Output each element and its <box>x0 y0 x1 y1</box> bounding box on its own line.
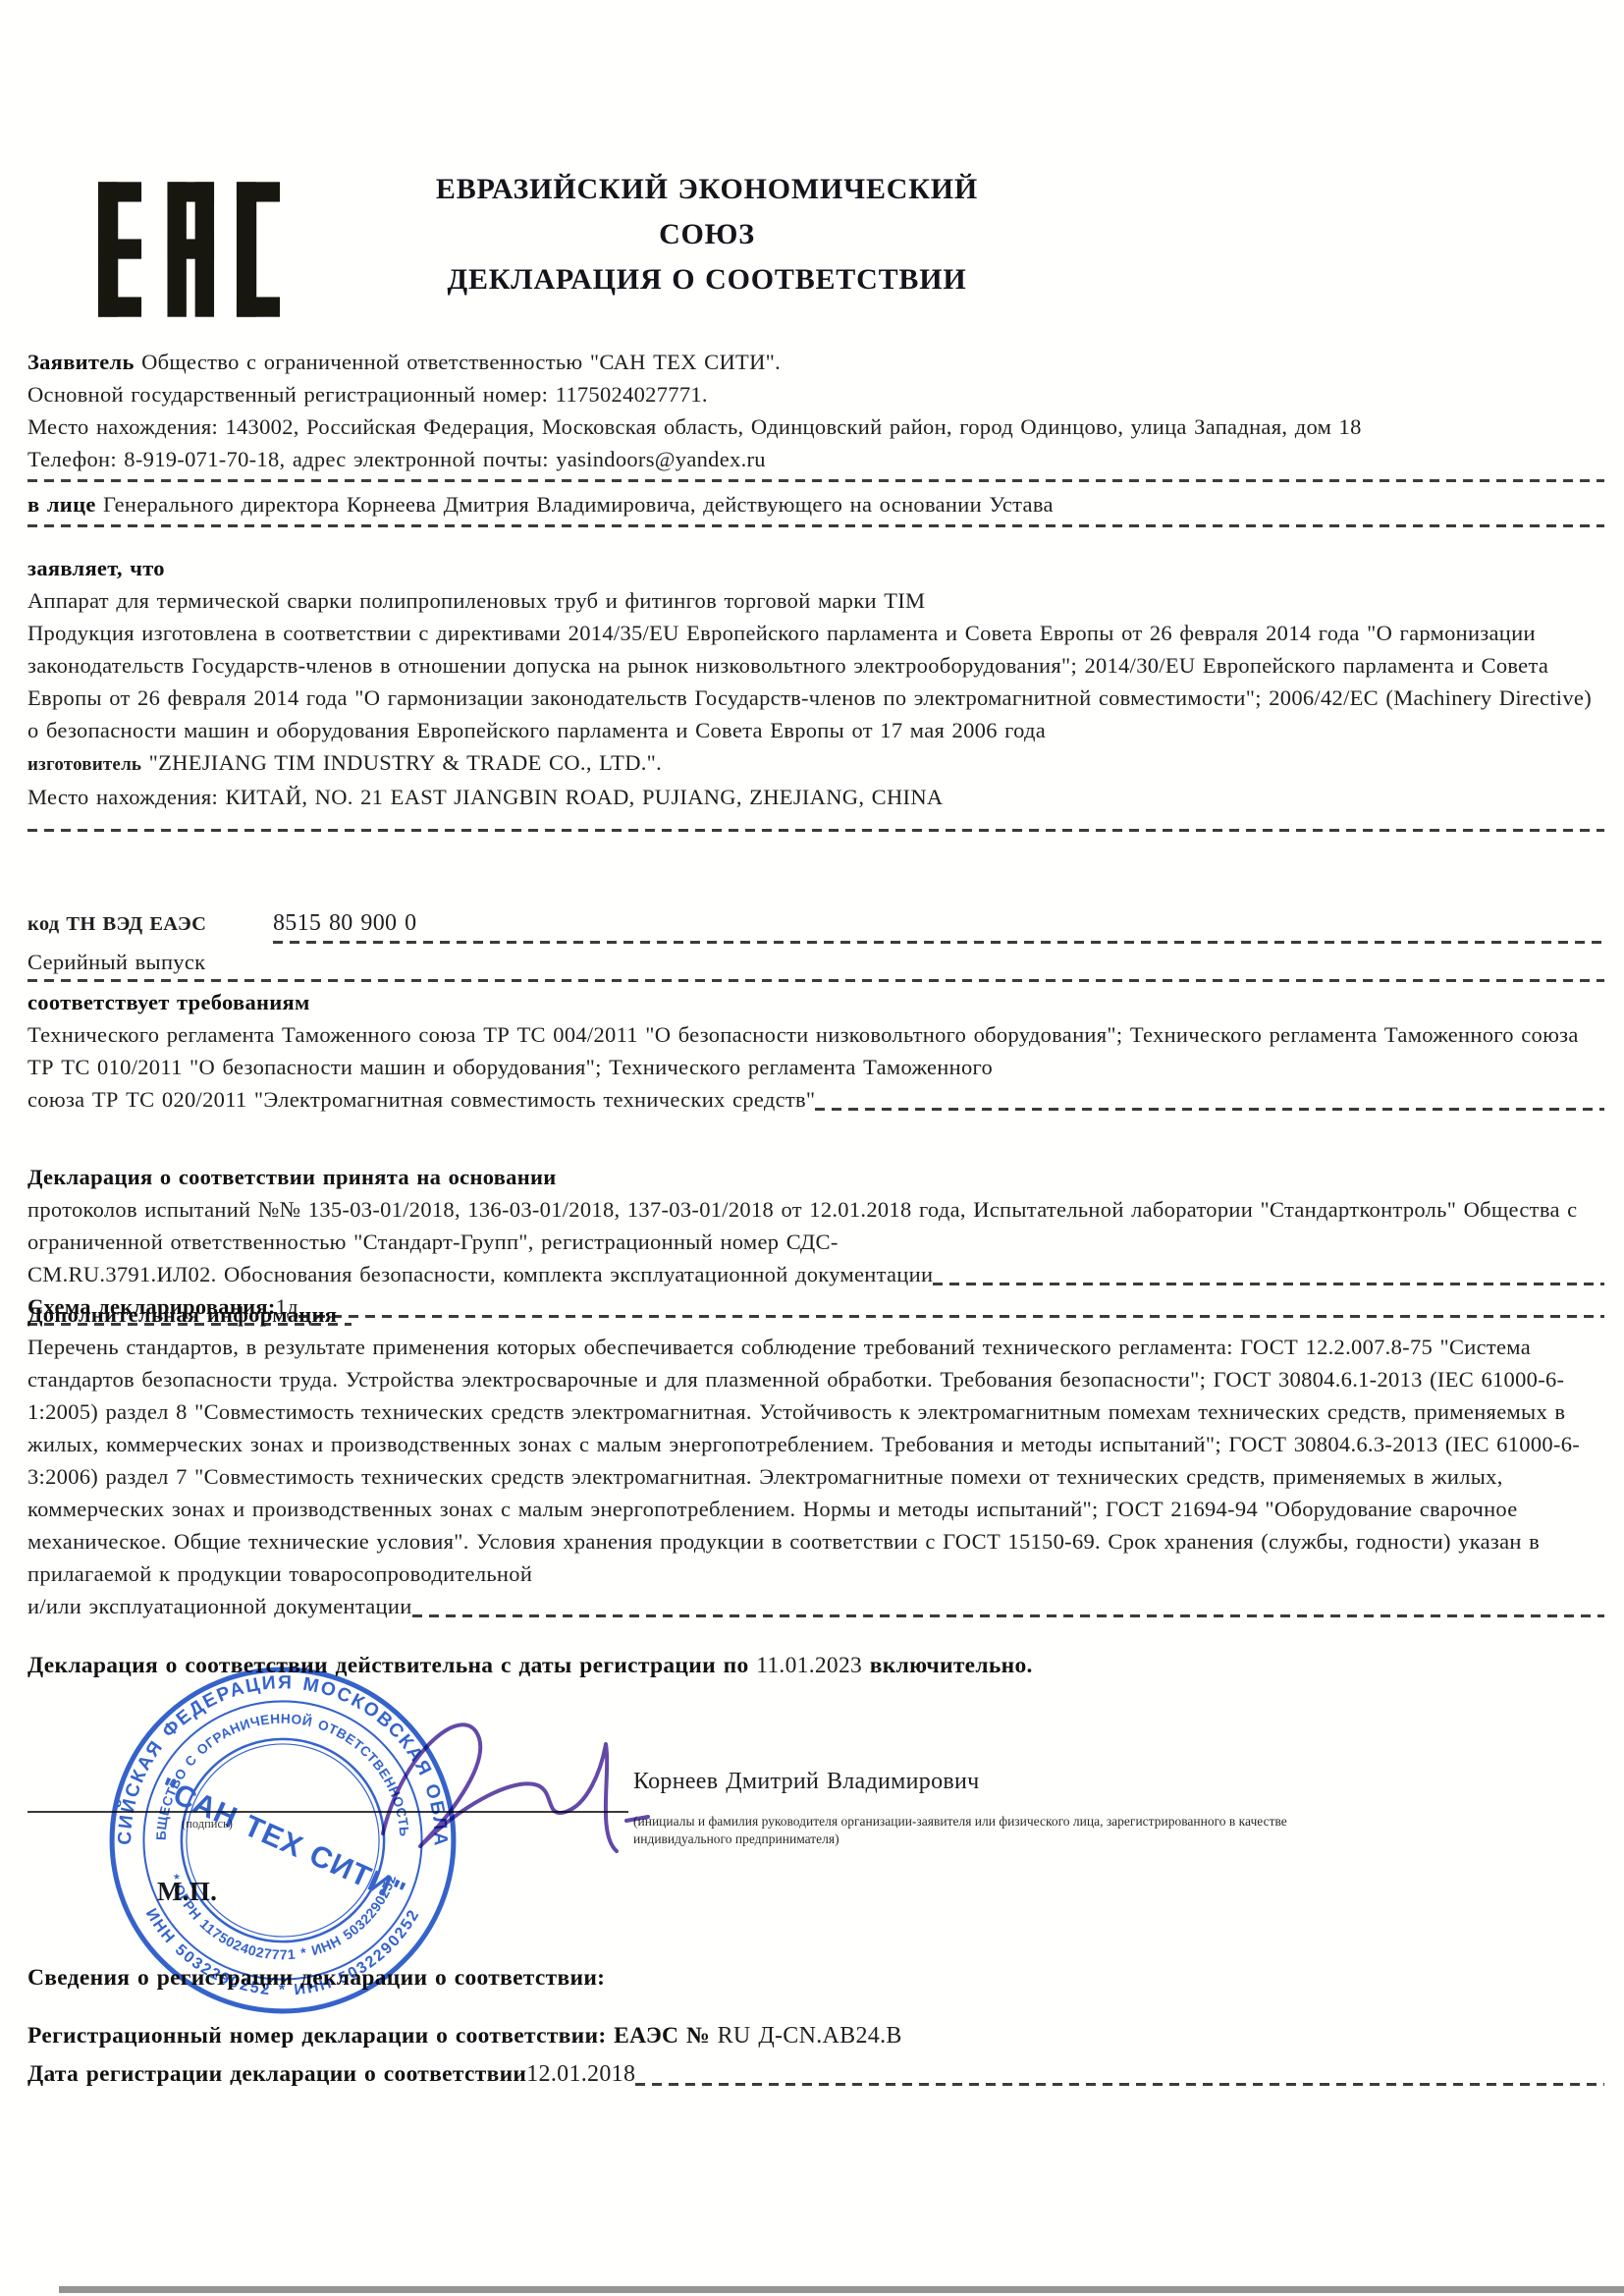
declares-heading: заявляет, что <box>27 552 1604 584</box>
additional-info-section: Дополнительная информация Перечень станд… <box>27 1298 1604 1682</box>
applicant-label: Заявитель <box>27 350 135 374</box>
basis-last-line: CM.RU.3791.ИЛ02. Обоснования безопасност… <box>27 1258 1604 1290</box>
divider-dashed <box>933 1283 1604 1285</box>
representative-name: Генерального директора Корнеева Дмитрия … <box>96 492 1054 517</box>
conformity-last-line: союза ТР ТС 020/2011 "Электромагнитная с… <box>27 1083 1604 1116</box>
registration-number-label: Регистрационный номер декларации о соотв… <box>27 2023 718 2049</box>
page-title: ЕВРАЗИЙСКИЙ ЭКОНОМИЧЕСКИЙ СОЮЗ ДЕКЛАРАЦИ… <box>245 167 1168 302</box>
tnved-label: код ТН ВЭД ЕАЭС <box>27 908 273 941</box>
registration-number-value: RU Д-CN.АВ24.В <box>718 2023 902 2049</box>
applicant-name: Общество с ограниченной ответственностью… <box>135 350 781 374</box>
divider-dashed <box>27 829 1604 832</box>
signer-note: (инициалы и фамилия руководителя организ… <box>633 1813 1360 1848</box>
product-line: Аппарат для термической сварки полипропи… <box>27 584 1604 617</box>
basis-text-tail: CM.RU.3791.ИЛ02. Обоснования безопасност… <box>27 1258 933 1290</box>
manufacturer-line: изготовитель "ZHEJIANG TIM INDUSTRY & TR… <box>27 746 1604 781</box>
tnved-row: код ТН ВЭД ЕАЭС 8515 80 900 0 <box>27 907 1604 944</box>
registration-date-value: 12.01.2018 <box>526 2058 635 2091</box>
title-line-2: СОЮЗ <box>245 212 1168 257</box>
registration-date-label: Дата регистрации декларации о соответств… <box>27 2058 526 2091</box>
conformity-text-tail: союза ТР ТС 020/2011 "Электромагнитная с… <box>27 1083 815 1116</box>
registration-number-line: Регистрационный номер декларации о соотв… <box>27 2019 1604 2052</box>
additional-text: Перечень стандартов, в результате примен… <box>27 1331 1604 1590</box>
conformity-text: Технического регламента Таможенного союз… <box>27 1018 1604 1083</box>
signature-icon <box>353 1681 658 1887</box>
manufacturer-address: Место нахождения: КИТАЙ, NO. 21 EAST JIA… <box>27 781 1604 813</box>
conformity-section: соответствует требованиям Технического р… <box>27 986 1604 1116</box>
basis-heading: Декларация о соответствии принята на осн… <box>27 1161 1604 1193</box>
declaration-document-page: ЕВРАЗИЙСКИЙ ЭКОНОМИЧЕСКИЙ СОЮЗ ДЕКЛАРАЦИ… <box>0 0 1624 2296</box>
basis-text: протоколов испытаний №№ 135-03-01/2018, … <box>27 1193 1604 1258</box>
additional-last-line: и/или эксплуатационной документации <box>27 1590 1604 1622</box>
serial-issue: Серийный выпуск <box>27 946 1604 982</box>
title-line-1: ЕВРАЗИЙСКИЙ ЭКОНОМИЧЕСКИЙ <box>245 167 1168 212</box>
applicant-line: Заявитель Общество с ограниченной ответс… <box>27 346 1604 378</box>
manufacturer-name: "ZHEJIANG TIM INDUSTRY & TRADE CO., LTD.… <box>141 750 662 775</box>
divider-dashed <box>815 1108 1604 1111</box>
divider-dashed <box>27 479 1604 482</box>
representative-label: в лице <box>27 492 96 517</box>
directives-paragraph: Продукция изготовлена в соответствии с д… <box>27 617 1604 746</box>
divider-dashed <box>27 524 1604 527</box>
applicant-phone: Телефон: 8-919-071-70-18, адрес электрон… <box>27 443 1604 475</box>
scan-edge-strip <box>59 2286 1624 2293</box>
declaration-section: заявляет, что Аппарат для термической св… <box>27 552 1604 838</box>
manufacturer-label: изготовитель <box>27 754 141 775</box>
signature <box>353 1681 658 1887</box>
conformity-heading: соответствует требованиям <box>27 986 1604 1018</box>
applicant-ogrn: Основной государственный регистрационный… <box>27 378 1604 410</box>
title-line-3: ДЕКЛАРАЦИЯ О СООТВЕТСТВИИ <box>245 257 1168 302</box>
additional-heading: Дополнительная информация <box>27 1298 1604 1331</box>
divider-dashed <box>412 1614 1604 1617</box>
tnved-value: 8515 80 900 0 <box>273 907 1604 944</box>
registration-date-line: Дата регистрации декларации о соответств… <box>27 2058 1604 2091</box>
validity-suffix: включительно. <box>862 1653 1033 1678</box>
codes-section: код ТН ВЭД ЕАЭС 8515 80 900 0 Серийный в… <box>27 907 1604 982</box>
validity-date: 11.01.2023 <box>756 1653 862 1678</box>
representative-line: в лице Генерального директора Корнеева Д… <box>27 488 1604 520</box>
signer-name: Корнеев Дмитрий Владимирович <box>633 1766 980 1798</box>
divider-dashed <box>635 2083 1604 2086</box>
additional-text-tail: и/или эксплуатационной документации <box>27 1590 412 1622</box>
applicant-address: Место нахождения: 143002, Российская Фед… <box>27 410 1604 443</box>
applicant-section: Заявитель Общество с ограниченной ответс… <box>27 346 1604 533</box>
